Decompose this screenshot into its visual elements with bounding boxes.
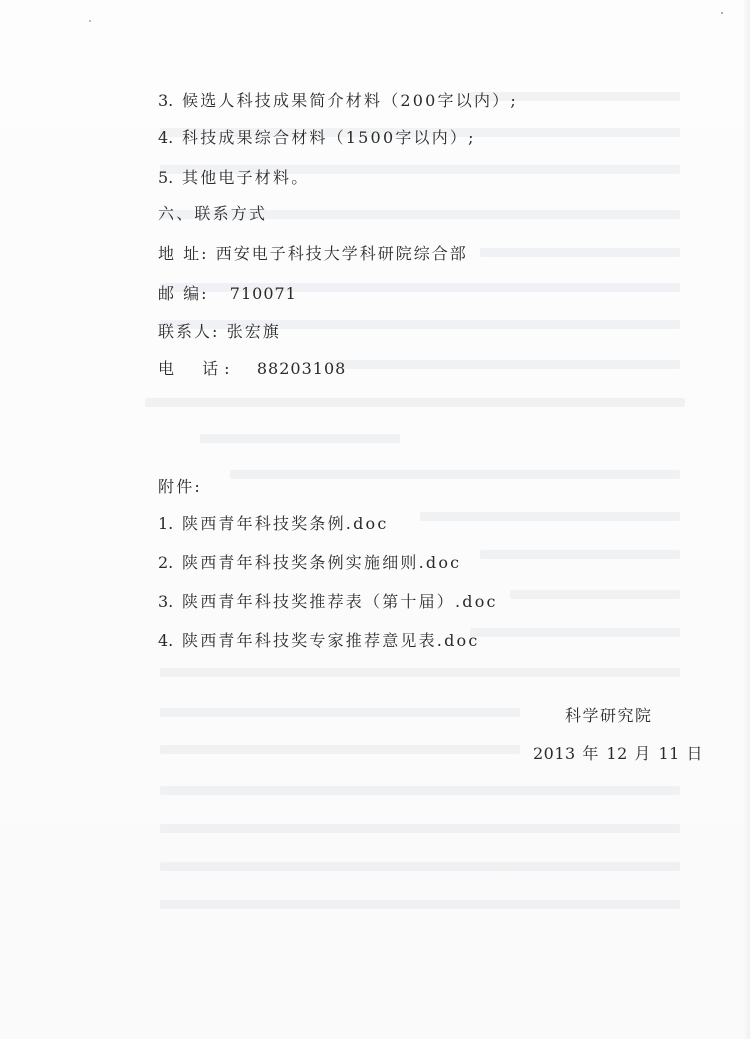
attachment-item[interactable]: 3.陕西青年科技奖推荐表（第十届）.doc xyxy=(158,592,498,612)
date-day-unit: 日 xyxy=(686,744,704,763)
bleed-through-line xyxy=(160,745,520,754)
contact-person-label: 联系人: xyxy=(158,322,219,342)
date-month: 12 xyxy=(606,744,627,763)
materials-item-text: 候选人科技成果简介材料（200字以内）; xyxy=(182,91,518,110)
signature-date: 2013 年 12 月 11 日 xyxy=(533,744,704,764)
phone-label: 电 话: xyxy=(158,359,236,379)
materials-item-text: 科技成果综合材料（1500字以内）; xyxy=(182,128,476,147)
bleed-through-line xyxy=(470,628,680,637)
address-row: 地 址: 西安电子科技大学科研院综合部 xyxy=(158,244,468,264)
scan-speck xyxy=(89,20,91,22)
scan-speck xyxy=(721,12,723,14)
bleed-through-line xyxy=(480,248,680,257)
bleed-through-line xyxy=(200,434,400,443)
attachment-filename[interactable]: 陕西青年科技奖专家推荐意见表.doc xyxy=(182,631,480,650)
postcode-value: 710071 xyxy=(230,284,297,303)
contact-heading: 六、联系方式 xyxy=(158,204,267,224)
materials-item: 5.其他电子材料。 xyxy=(158,168,309,188)
contact-person-value: 张宏旗 xyxy=(227,322,281,341)
phone-value: 88203108 xyxy=(257,359,346,378)
phone-row: 电 话: 88203108 xyxy=(158,359,346,379)
bleed-through-line xyxy=(480,550,680,559)
bleed-through-line xyxy=(160,668,680,677)
bleed-through-line xyxy=(160,900,680,909)
attachment-number: 4. xyxy=(158,631,182,651)
date-month-unit: 月 xyxy=(634,744,652,763)
materials-item-number: 4. xyxy=(158,128,182,148)
bleed-through-line xyxy=(420,512,680,521)
materials-item: 3.候选人科技成果简介材料（200字以内）; xyxy=(158,91,518,111)
date-year-unit: 年 xyxy=(582,744,600,763)
attachment-number: 1. xyxy=(158,514,182,534)
attachment-item[interactable]: 4.陕西青年科技奖专家推荐意见表.doc xyxy=(158,631,480,651)
bleed-through-line xyxy=(160,824,680,833)
bleed-through-line xyxy=(145,398,685,407)
postcode-row: 邮 编: 710071 xyxy=(158,284,297,304)
address-label: 地 址: xyxy=(158,244,208,264)
materials-item-text: 其他电子材料。 xyxy=(182,168,309,187)
date-year: 2013 xyxy=(533,744,576,763)
bleed-through-line xyxy=(230,470,680,479)
bleed-through-line xyxy=(510,590,680,599)
attachment-number: 3. xyxy=(158,592,182,612)
bleed-through-line xyxy=(330,360,680,369)
materials-item: 4.科技成果综合材料（1500字以内）; xyxy=(158,128,476,148)
postcode-label: 邮 编: xyxy=(158,284,208,304)
materials-item-number: 5. xyxy=(158,168,182,188)
attachment-filename[interactable]: 陕西青年科技奖条例.doc xyxy=(182,514,389,533)
attachment-item[interactable]: 2.陕西青年科技奖条例实施细则.doc xyxy=(158,553,461,573)
attachments-heading: 附件: xyxy=(158,477,202,497)
attachment-number: 2. xyxy=(158,553,182,573)
bleed-through-line xyxy=(160,708,520,717)
attachment-filename[interactable]: 陕西青年科技奖条例实施细则.doc xyxy=(182,553,461,572)
bleed-through-line xyxy=(160,862,680,871)
scanned-page: 3.候选人科技成果简介材料（200字以内）; 4.科技成果综合材料（1500字以… xyxy=(0,0,750,1039)
attachment-filename[interactable]: 陕西青年科技奖推荐表（第十届）.doc xyxy=(182,592,498,611)
address-value: 西安电子科技大学科研院综合部 xyxy=(216,244,468,263)
contact-person-row: 联系人: 张宏旗 xyxy=(158,322,281,342)
page-edge xyxy=(744,0,750,1039)
bleed-through-line xyxy=(160,786,680,795)
date-day: 11 xyxy=(658,744,679,763)
attachment-item[interactable]: 1.陕西青年科技奖条例.doc xyxy=(158,514,389,534)
materials-item-number: 3. xyxy=(158,91,182,111)
signature-organization: 科学研究院 xyxy=(565,706,653,726)
